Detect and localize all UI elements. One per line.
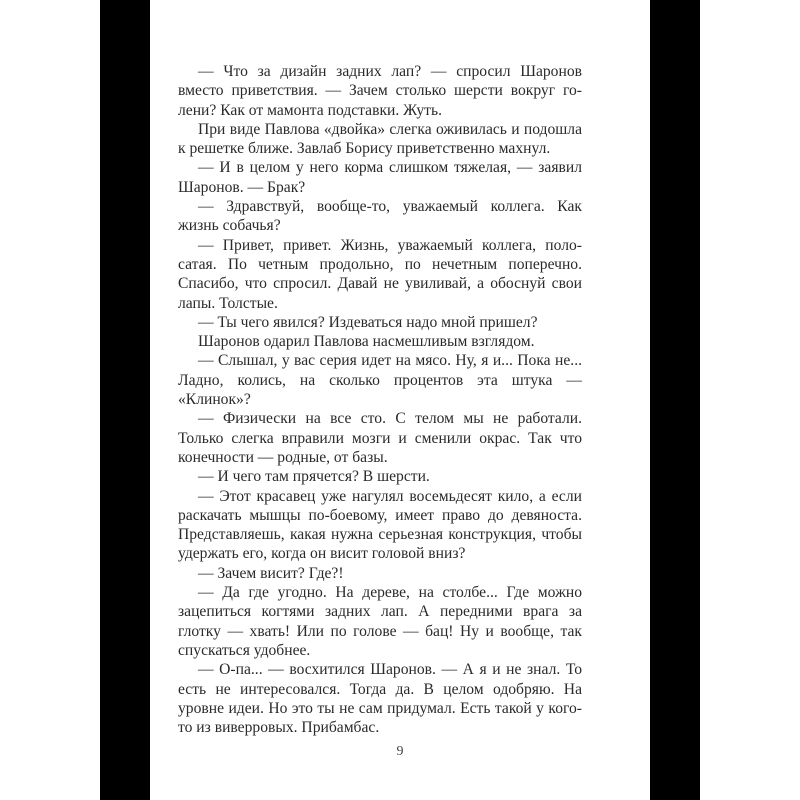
- paragraph: — Привет, привет. Жизнь, уважаемый колле…: [178, 236, 582, 313]
- paragraph: — Зачем висит? Где?!: [178, 564, 582, 583]
- paragraph: — И в целом у него корма слишком тяжелая…: [178, 158, 582, 197]
- right-black-border: [650, 0, 700, 800]
- paragraph: — Физически на все сто. С телом мы не ра…: [178, 409, 582, 467]
- paragraph: — Ты чего явился? Издеваться надо мной п…: [178, 313, 582, 332]
- page-number: 9: [150, 744, 650, 760]
- book-page-scan: — Что за дизайн задних лап? — спросил Ша…: [0, 0, 800, 800]
- paragraph: — Что за дизайн задних лап? — спросил Ша…: [178, 62, 582, 120]
- paragraph: — О-па... — восхитился Шаронов. — А я и …: [178, 660, 582, 737]
- paragraph: — И чего там прячется? В шерсти.: [178, 467, 582, 486]
- paragraph: — Здравствуй, вообще-то, уважаемый колле…: [178, 197, 582, 236]
- paragraph: — Да где угодно. На дереве, на столбе...…: [178, 583, 582, 660]
- paragraph: Шаронов одарил Павлова насмешливым взгля…: [178, 332, 582, 351]
- paragraph: При виде Павлова «двойка» слегка оживила…: [178, 120, 582, 159]
- paragraph: — Слышал, у вас серия идет на мясо. Ну, …: [178, 351, 582, 409]
- paragraph: — Этот красавец уже нагулял восемьдесят …: [178, 487, 582, 564]
- body-text: — Что за дизайн задних лап? — спросил Ша…: [178, 62, 582, 737]
- left-black-border: [100, 0, 150, 800]
